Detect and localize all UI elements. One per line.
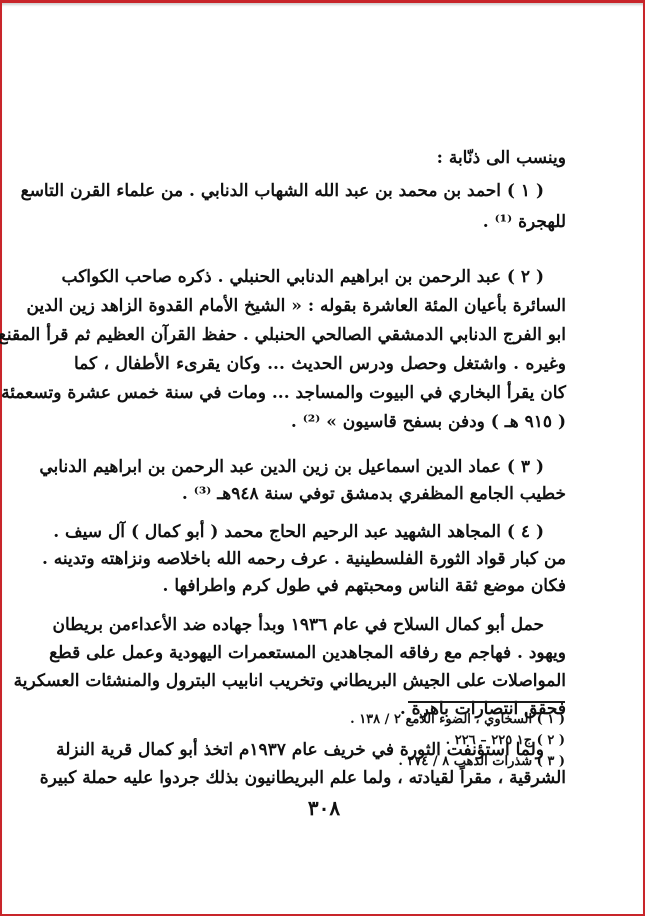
footnotes: ( ١ ) السخاوي ، الضوء اللامع ٢ / ١٣٨ . (… — [350, 709, 565, 772]
entry-2-line-3: ابو الفرج الدنابي الدمشقي الصالحي الحنبل… — [74, 322, 566, 348]
entry-2-line-1: ( ٢ ) عبد الرحمن بن ابراهيم الدنابي الحن… — [74, 264, 566, 290]
footnote-2: ( ٢ ) ج١ ٢٢٥ – ٢٢٦ . — [350, 730, 565, 751]
footnote-3: ( ٣ ) شذرات الذهب ٨ / ٢٧٤ . — [350, 751, 565, 772]
section-heading: وينسب الى ذنّابة : — [74, 145, 566, 171]
paragraph-5-line-2: ويهود . فهاجم مع رفاقه المجاهدين المستعم… — [74, 640, 566, 666]
entry-1-line-1: ( ١ ) احمد بن محمد بن عبد الله الشهاب ال… — [74, 178, 566, 204]
entry-2-line-5: كان يقرأ البخاري في البيوت والمساجد ... … — [74, 380, 566, 406]
entry-4-line-3: فكان موضع ثقة الناس ومحبتهم في طول كرم و… — [74, 573, 566, 599]
entry-4-line-2: من كبار قواد الثورة الفلسطينية . عرف رحم… — [74, 546, 566, 572]
entry-3-line-1: ( ٣ ) عماد الدين اسماعيل بن زين الدين عب… — [74, 454, 566, 480]
entry-2-line-4: وغيره . واشتغل وحصل ودرس الحديث ... وكان… — [74, 351, 566, 377]
entry-3-line-2: خطيب الجامع المظفري بدمشق توفي سنة ٩٤٨هـ… — [74, 481, 566, 507]
footnote-divider — [408, 701, 565, 703]
paragraph-5-line-1: حمل أبو كمال السلاح في عام ١٩٣٦ وبدأ جها… — [74, 612, 566, 638]
paragraph-5-line-3: المواصلات على الجيش البريطاني وتخريب انا… — [74, 668, 566, 694]
entry-1-line-2: للهجرة ⁽¹⁾ . — [74, 209, 566, 235]
entry-2-line-6: ( ٩١٥ هـ ) ودفن بسفح قاسيون » ⁽²⁾ . — [74, 409, 566, 435]
page-number: ٣٠٨ — [300, 796, 348, 820]
footnote-1: ( ١ ) السخاوي ، الضوء اللامع ٢ / ١٣٨ . — [350, 709, 565, 730]
entry-2-line-2: السائرة بأعيان المئة العاشرة بقوله : « ا… — [74, 293, 566, 319]
entry-4-line-1: ( ٤ ) المجاهد الشهيد عبد الرحيم الحاج مح… — [74, 519, 566, 545]
